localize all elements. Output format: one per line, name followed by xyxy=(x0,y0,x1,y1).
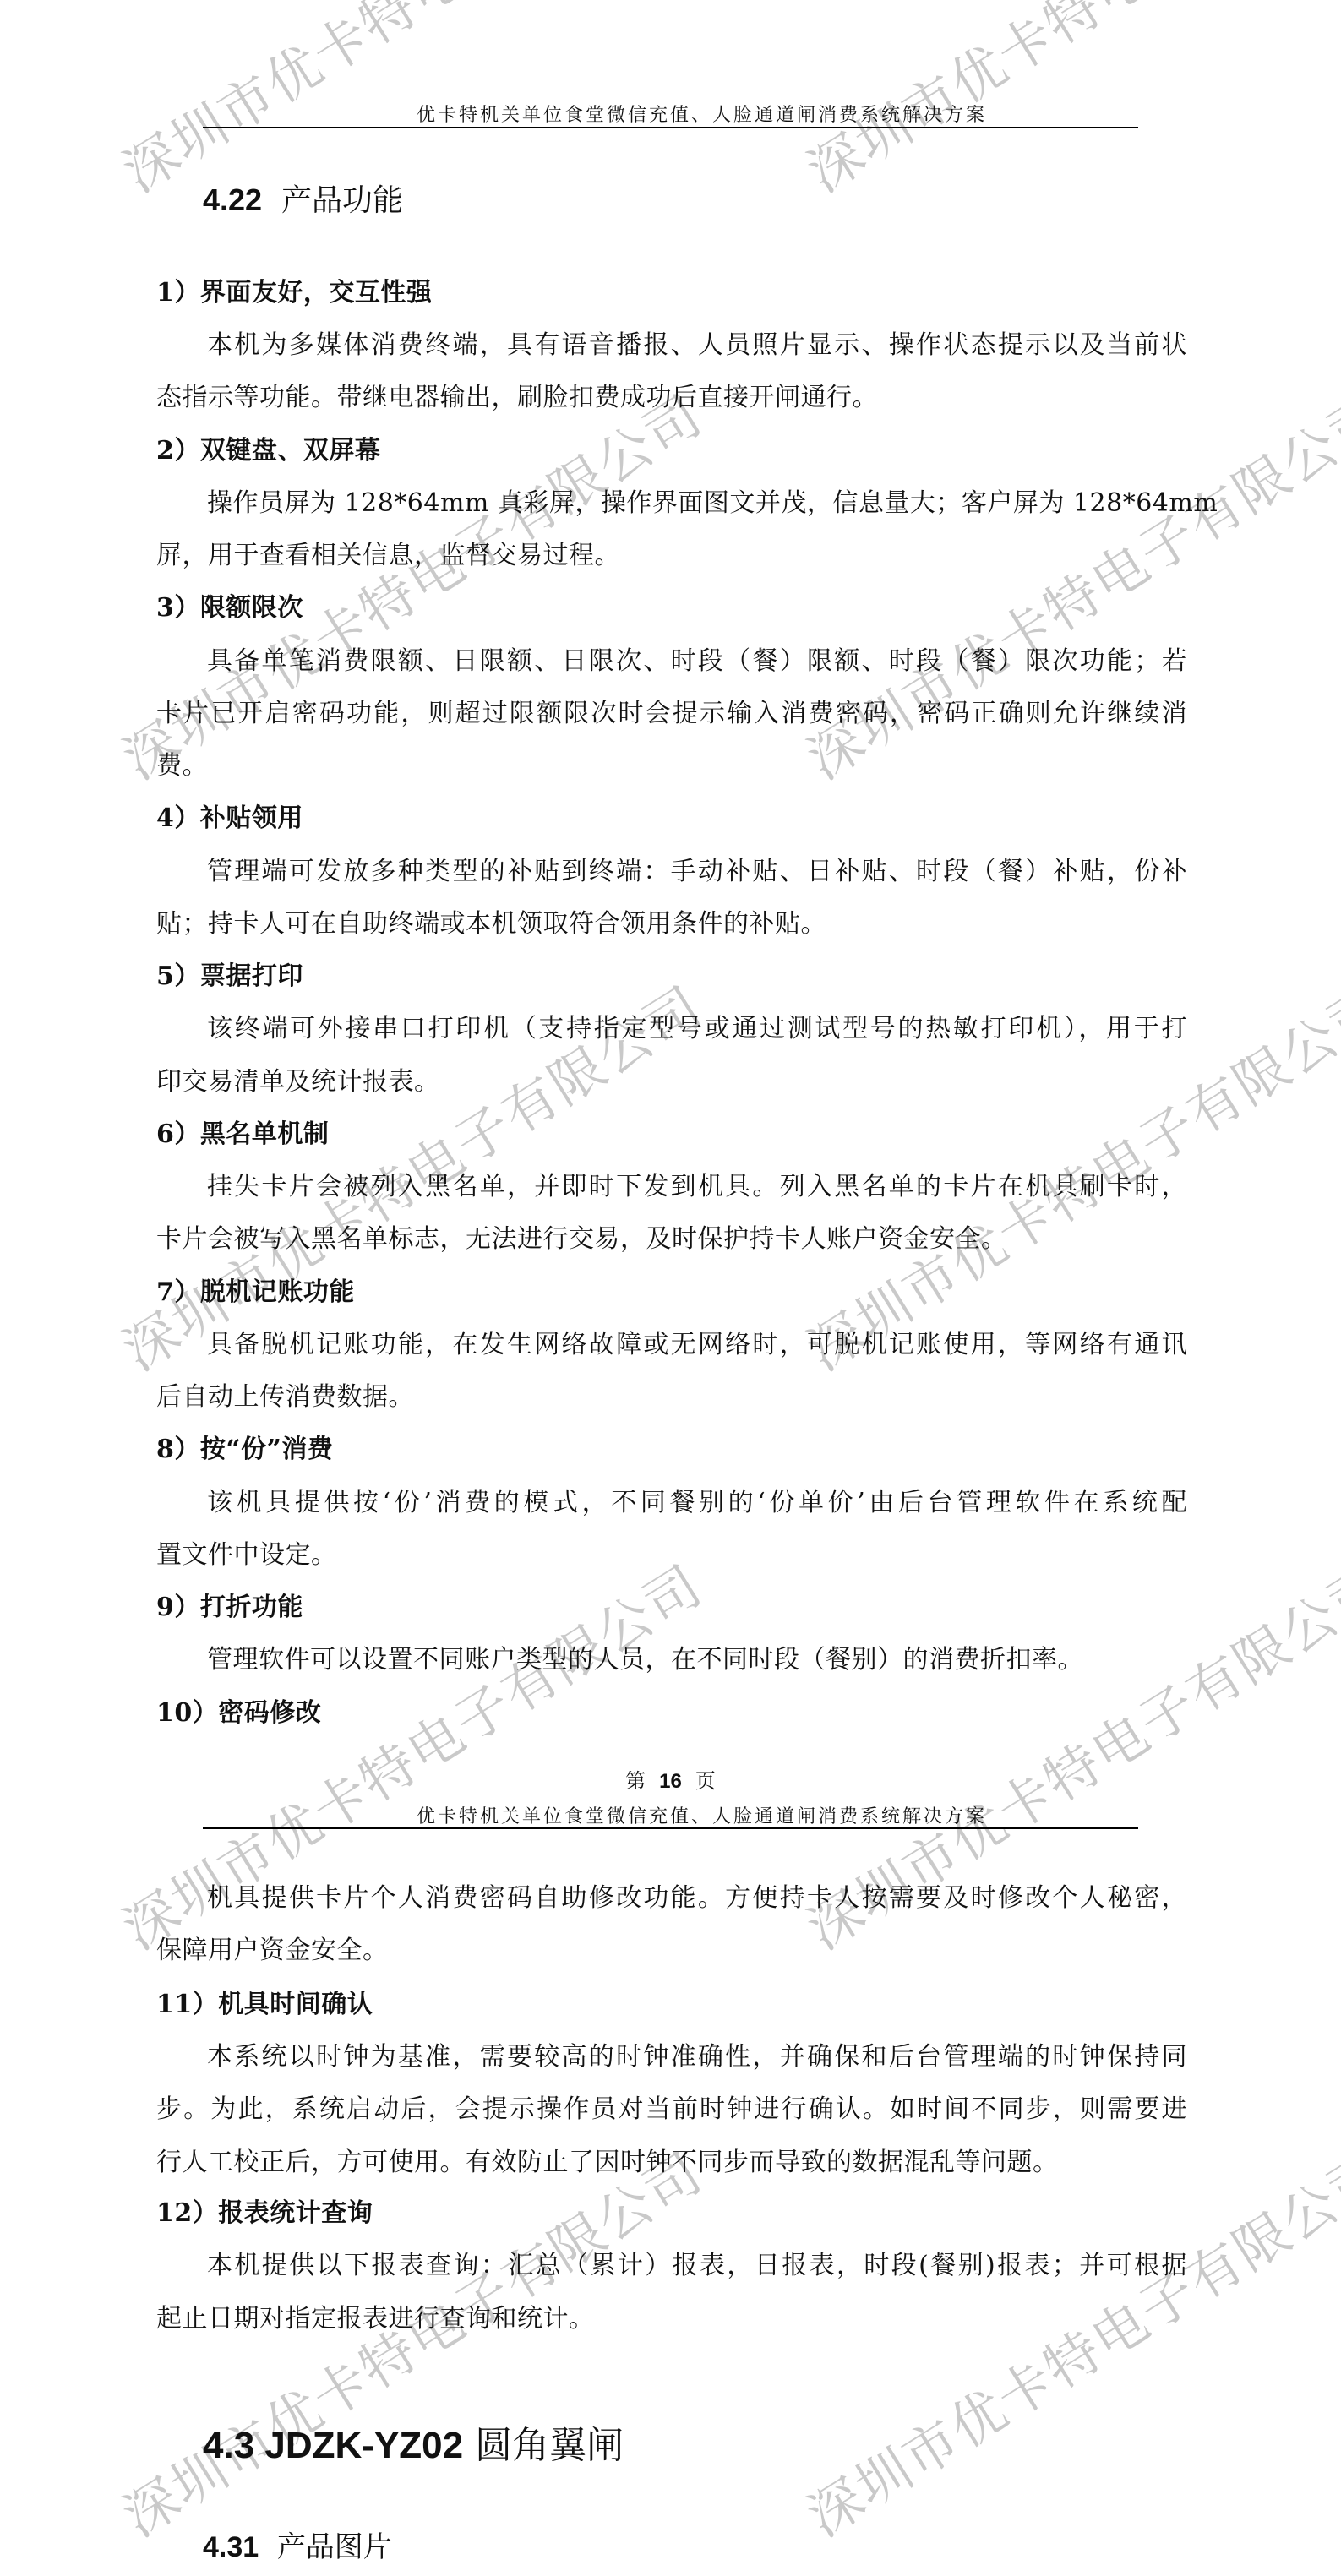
section-heading-4-31: 4.31 产品图片 xyxy=(203,2530,392,2565)
paragraph-line: 具备单笔消费限额、日限额、日限次、时段（餐）限额、时段（餐）限次功能；若 xyxy=(207,645,1187,678)
paragraph-line: 屏，用于查看相关信息，监督交易过程。 xyxy=(156,539,1187,573)
paragraph-line: 该终端可外接串口打印机（支持指定型号或通过测试型号的热敏打印机），用于打 xyxy=(207,1012,1187,1046)
paragraph-line: 费。 xyxy=(156,749,1187,783)
paragraph-line: 印交易清单及统计报表。 xyxy=(156,1065,1187,1099)
paragraph-line: 具备脱机记账功能，在发生网络故障或无网络时，可脱机记账使用，等网络有通讯 xyxy=(207,1328,1187,1362)
section-heading-4-22: 4.22 产品功能 xyxy=(203,182,403,219)
item-title: 6）黑名单机制 xyxy=(156,1118,1187,1152)
paragraph-line: 本机提供以下报表查询：汇总（累计）报表，日报表，时段(餐别)报表；并可根据 xyxy=(207,2249,1187,2283)
watermark: 深圳市优卡特电子有限公司 xyxy=(791,2131,1341,2551)
header-title: 优卡特机关单位食堂微信充值、人脸通道闸消费系统解决方案 xyxy=(203,105,1138,127)
paragraph-line: 操作员屏为 128*64mm 真彩屏，操作界面图文并茂，信息量大；客户屏为 12… xyxy=(207,487,1187,520)
paragraph-line: 该机具提供按‘份’消费的模式，不同餐别的‘份单价’由后台管理软件在系统配 xyxy=(207,1486,1187,1520)
item-title: 8）按“份”消费 xyxy=(156,1433,1187,1467)
paragraph-line: 置文件中设定。 xyxy=(156,1539,1187,1572)
item-title: 11）机具时间确认 xyxy=(156,1988,1187,2022)
header-title: 优卡特机关单位食堂微信充值、人脸通道闸消费系统解决方案 xyxy=(203,1806,1138,1828)
section-title: 圆角翼闸 xyxy=(475,2424,624,2467)
paragraph-line: 管理端可发放多种类型的补贴到终端：手动补贴、日补贴、时段（餐）补贴，份补 xyxy=(207,855,1187,889)
section-title: 产品功能 xyxy=(281,183,403,218)
item-title: 1）界面友好，交互性强 xyxy=(156,276,1187,310)
paragraph-line: 本系统以时钟为基准，需要较高的时钟准确性，并确保和后台管理端的时钟保持同 xyxy=(207,2040,1187,2074)
item-title: 3）限额限次 xyxy=(156,591,1187,625)
paragraph-line: 本机为多媒体消费终端，具有语音播报、人员照片显示、操作状态提示以及当前状 xyxy=(207,329,1187,362)
section-number: 4.3 JDZK-YZ02 xyxy=(203,2425,463,2466)
header-rule xyxy=(203,1827,1138,1829)
section-heading-4-3: 4.3 JDZK-YZ02 圆角翼闸 xyxy=(203,2423,624,2469)
section-number: 4.31 xyxy=(203,2531,259,2563)
paragraph-line: 卡片已开启密码功能，则超过限额限次时会提示输入消费密码，密码正确则允许继续消 xyxy=(156,697,1187,731)
section-number: 4.22 xyxy=(203,182,262,217)
item-title: 4）补贴领用 xyxy=(156,802,1187,836)
paragraph-line: 后自动上传消费数据。 xyxy=(156,1381,1187,1414)
paragraph-line: 管理软件可以设置不同账户类型的人员，在不同时段（餐别）的消费折扣率。 xyxy=(207,1643,1187,1677)
item-title: 2）双键盘、双屏幕 xyxy=(156,434,1187,468)
paragraph-line: 贴；持卡人可在自助终端或本机领取符合领用条件的补贴。 xyxy=(156,907,1187,941)
item-title: 10）密码修改 xyxy=(156,1696,1187,1730)
paragraph-line: 行人工校正后，方可使用。有效防止了因时钟不同步而导致的数据混乱等问题。 xyxy=(156,2146,1187,2180)
watermark: 深圳市优卡特电子有限公司 xyxy=(791,0,1341,207)
item-title: 12）报表统计查询 xyxy=(156,2197,1187,2230)
paragraph-line: 机具提供卡片个人消费密码自助修改功能。方便持卡人按需要及时修改个人秘密， xyxy=(207,1882,1187,1915)
section-title: 产品图片 xyxy=(277,2530,392,2564)
item-title: 9）打折功能 xyxy=(156,1591,1187,1625)
paragraph-line: 步。为此，系统启动后，会提示操作员对当前时钟进行确认。如时间不同步，则需要进 xyxy=(156,2093,1187,2127)
paragraph-line: 卡片会被写入黑名单标志，无法进行交易，及时保护持卡人账户资金安全。 xyxy=(156,1223,1187,1256)
paragraph-line: 态指示等功能。带继电器输出，刷脸扣费成功后直接开闸通行。 xyxy=(156,381,1187,415)
watermark: 深圳市优卡特电子有限公司 xyxy=(106,2131,715,2551)
paragraph-line: 保障用户资金安全。 xyxy=(156,1934,1187,1968)
paragraph-line: 挂失卡片会被列入黑名单，并即时下发到机具。列入黑名单的卡片在机具刷卡时， xyxy=(207,1170,1187,1204)
paragraph-line: 起止日期对指定报表进行查询和统计。 xyxy=(156,2302,1187,2336)
item-title: 5）票据打印 xyxy=(156,960,1187,994)
header-rule xyxy=(203,127,1138,128)
item-title: 7）脱机记账功能 xyxy=(156,1276,1187,1310)
page-number: 第16页 xyxy=(0,1764,1341,1794)
page-number-value: 16 xyxy=(659,1770,682,1793)
watermark: 深圳市优卡特电子有限公司 xyxy=(106,0,715,207)
